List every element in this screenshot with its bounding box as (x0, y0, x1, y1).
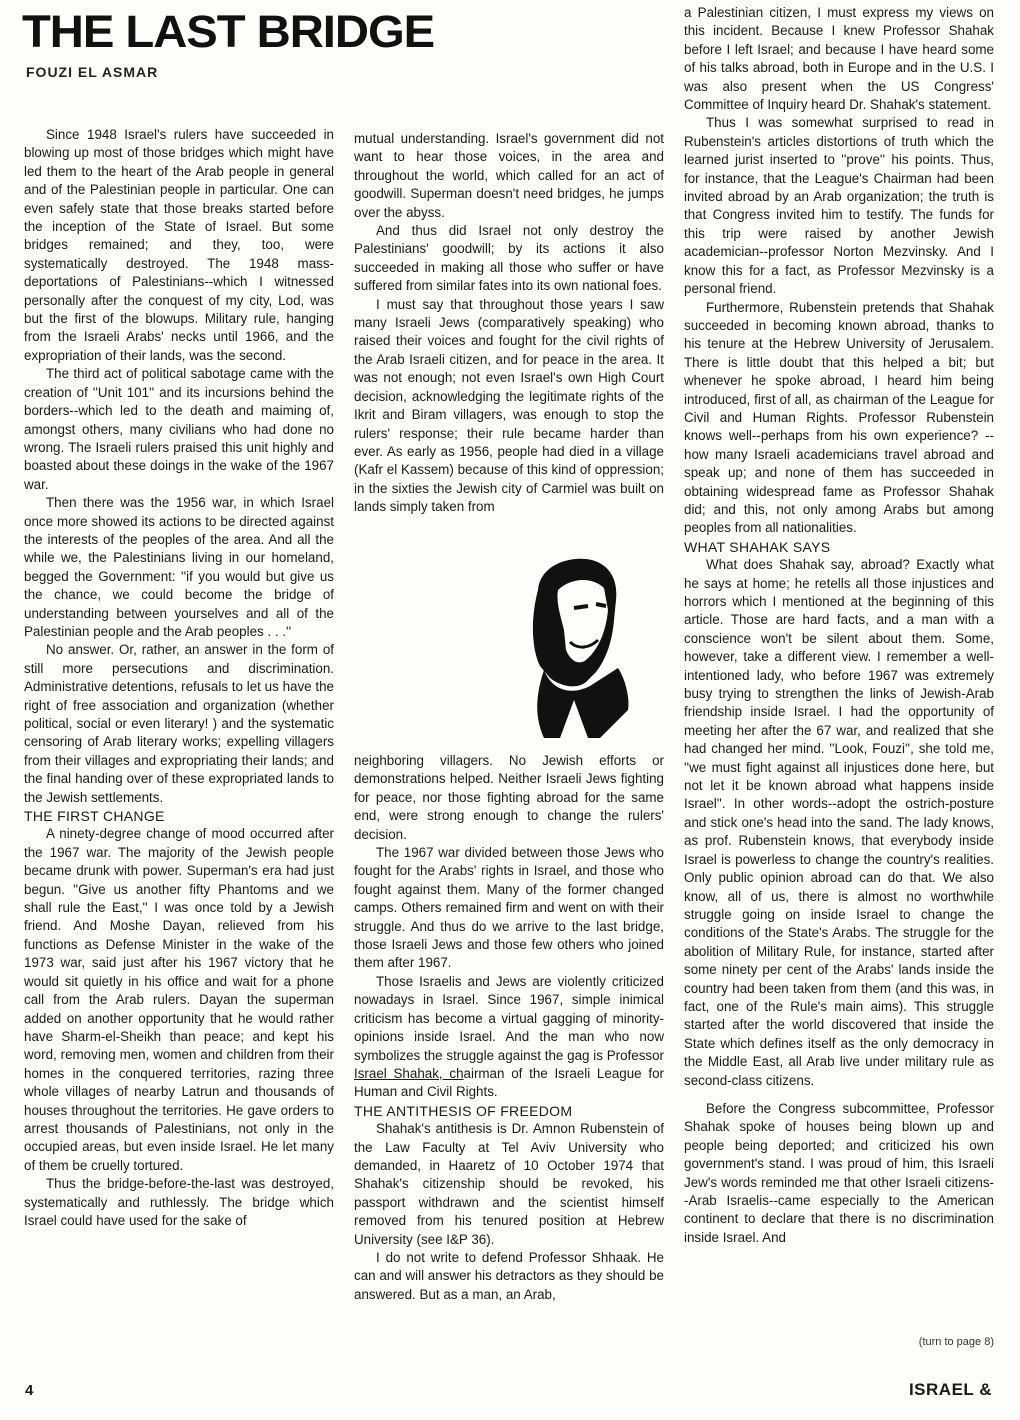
paragraph: Thus the bridge-before-the-last was dest… (24, 1175, 334, 1230)
paragraph: The third act of political sabotage came… (24, 365, 334, 494)
paragraph: a Palestinian citizen, I must express my… (684, 4, 994, 114)
column-1: Since 1948 Israel's rulers have succeede… (24, 126, 334, 1230)
paragraph: Then there was the 1956 war, in which Is… (24, 494, 334, 641)
paragraph: A ninety-degree change of mood occurred … (24, 825, 334, 1175)
section-heading-first-change: THE FIRST CHANGE (24, 807, 334, 825)
paragraph: Thus I was somewhat surprised to read in… (684, 114, 994, 298)
author-byline: FOUZI EL ASMAR (26, 64, 158, 80)
paragraph: And thus did Israel not only destroy the… (354, 222, 664, 296)
paragraph: Before the Congress subcommittee, Profes… (684, 1100, 994, 1247)
article-title: THE LAST BRIDGE (22, 8, 434, 56)
paragraph-text: Those Israelis and Jews are violently cr… (354, 974, 664, 1063)
paragraph: Since 1948 Israel's rulers have succeede… (24, 126, 334, 365)
paragraph: I must say that throughout those years I… (354, 296, 664, 517)
section-heading-what-shahak-says: WHAT SHAHAK SAYS (684, 538, 994, 556)
section-heading-antithesis: THE ANTITHESIS OF FREEDOM (354, 1102, 664, 1120)
portrait-photo (500, 550, 635, 742)
column-3: a Palestinian citizen, I must express my… (684, 4, 994, 1247)
paragraph: No answer. Or, rather, an answer in the … (24, 641, 334, 807)
continuation-note: (turn to page 8) (919, 1336, 994, 1348)
column-2-bottom: neighboring villagers. No Jewish efforts… (354, 752, 664, 1304)
paragraph: I do not write to defend Professor Shhaa… (354, 1249, 664, 1304)
paragraph: What does Shahak say, abroad? Exactly wh… (684, 556, 994, 1090)
publication-name: ISRAEL & (909, 1380, 992, 1400)
underlined-name: Israel Shahak, ch (354, 1066, 464, 1081)
portrait-image-icon (500, 550, 635, 742)
paragraph: Furthermore, Rubenstein pretends that Sh… (684, 299, 994, 538)
paragraph: Those Israelis and Jews are violently cr… (354, 973, 664, 1102)
paragraph: The 1967 war divided between those Jews … (354, 844, 664, 973)
column-2-top: mutual understanding. Israel's governmen… (354, 130, 664, 517)
paragraph: mutual understanding. Israel's governmen… (354, 130, 664, 222)
page-number: 4 (25, 1382, 33, 1399)
paragraph: Shahak's antithesis is Dr. Amnon Rubenst… (354, 1120, 664, 1249)
paragraph: neighboring villagers. No Jewish efforts… (354, 752, 664, 844)
